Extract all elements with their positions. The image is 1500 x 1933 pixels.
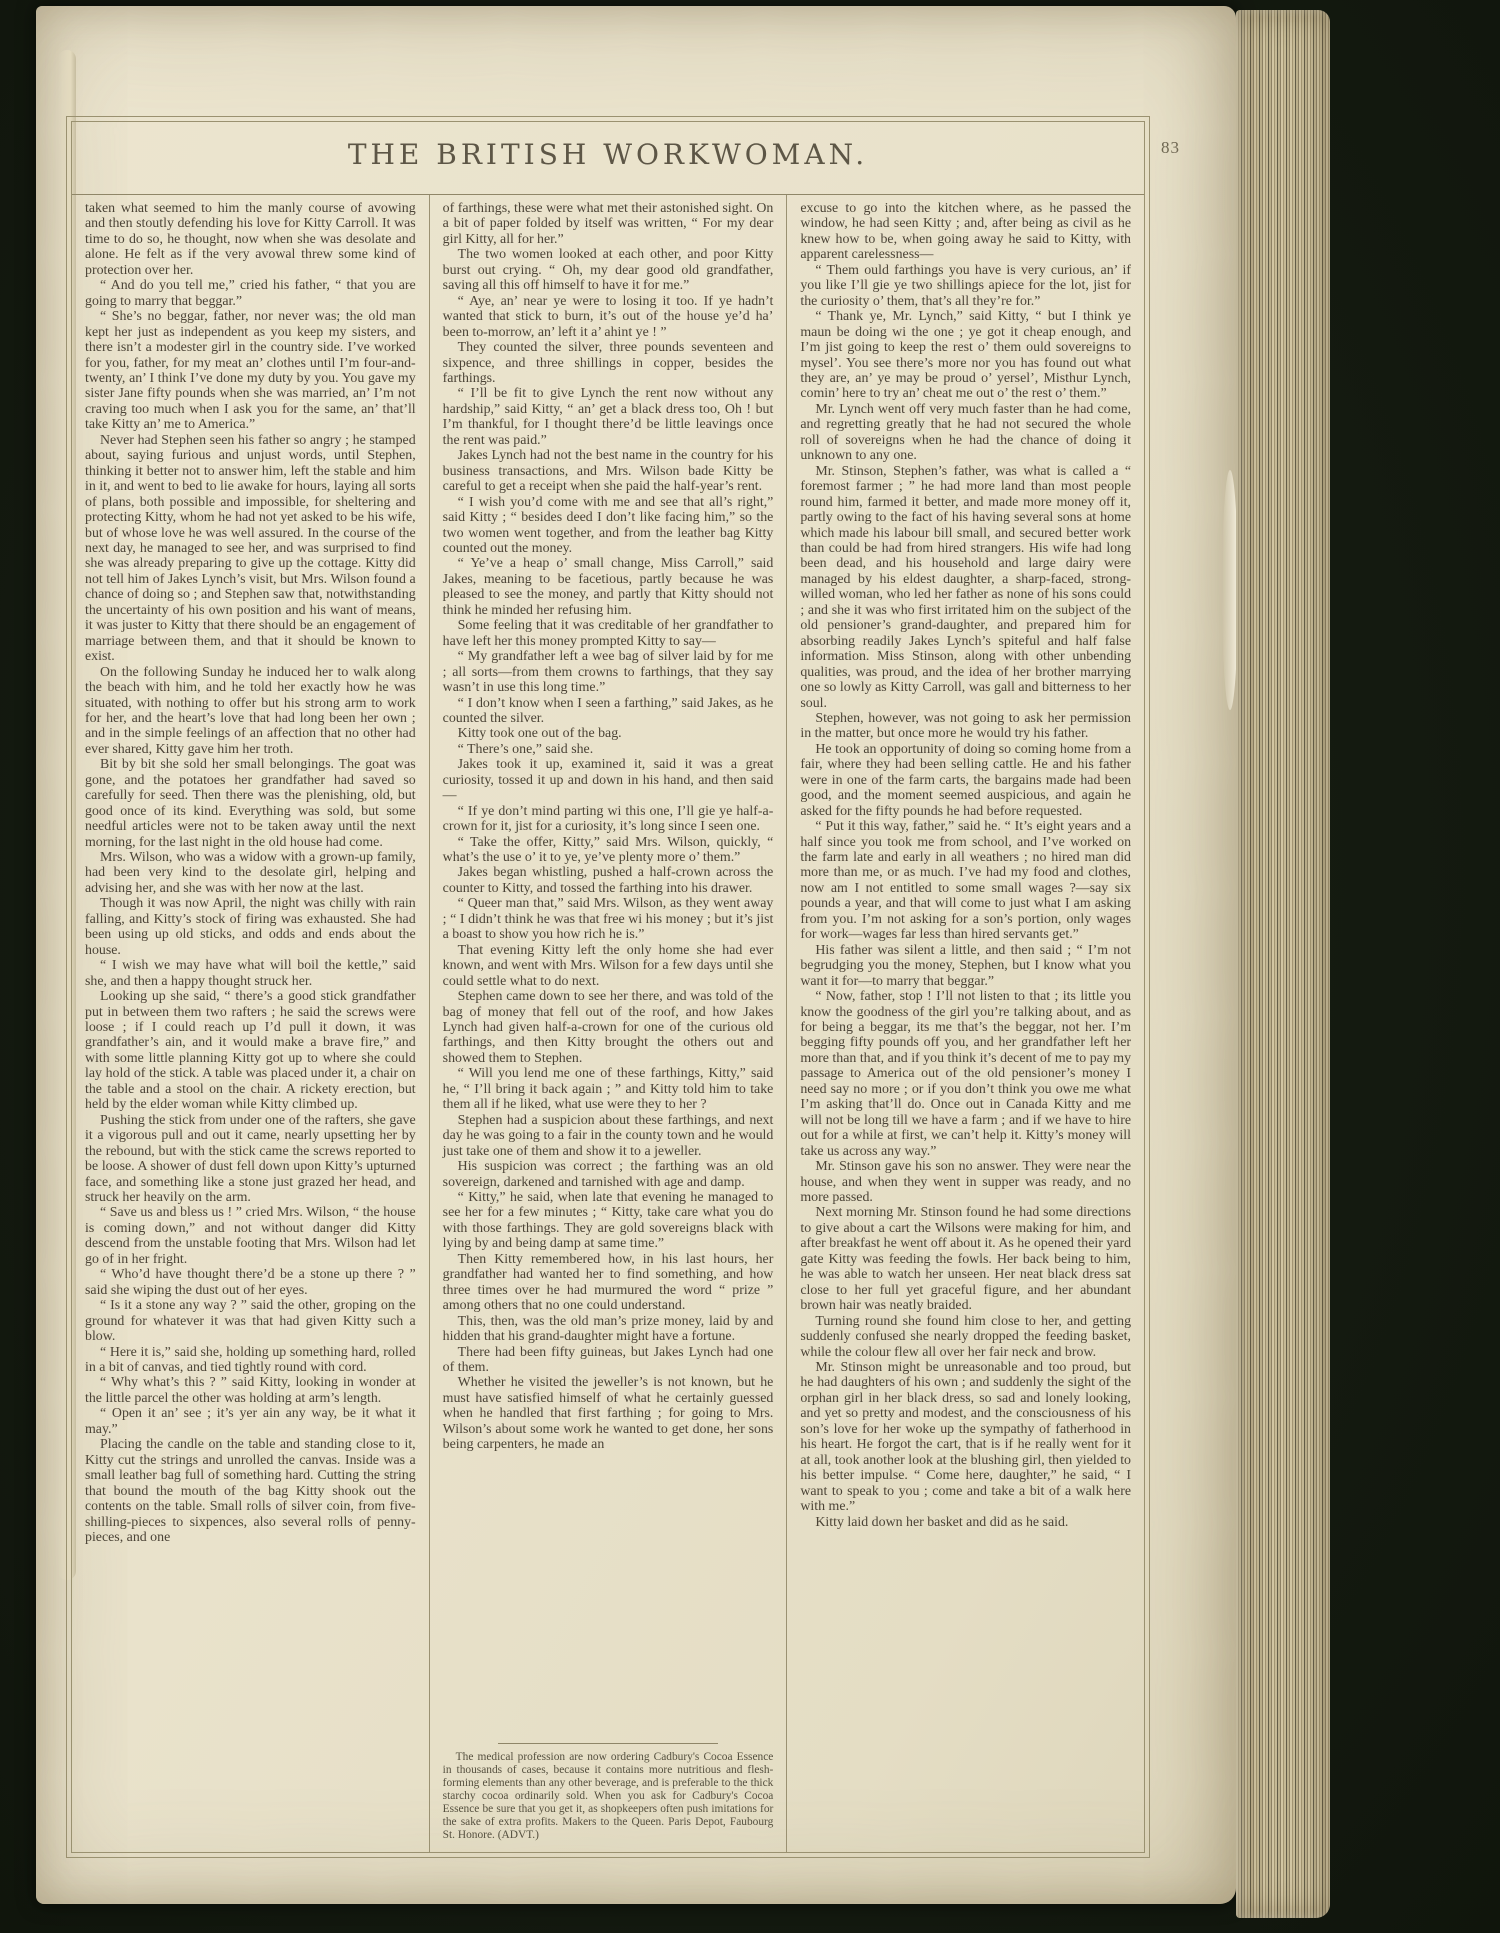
paragraph: “ Put it this way, father,” said he. “ I… <box>800 819 1131 943</box>
paragraph: “ Ye’ve a heap o’ small change, Miss Car… <box>443 556 774 618</box>
column-3-text: excuse to go into the kitchen where, as … <box>800 201 1131 1530</box>
paragraph: That evening Kitty left the only home sh… <box>443 943 774 989</box>
paragraph: Never had Stephen seen his father so ang… <box>85 433 416 665</box>
page-number: 83 <box>1161 138 1180 158</box>
paragraph: Whether he visited the jeweller’s is not… <box>443 1375 774 1452</box>
paragraph: “ Kitty,” he said, when late that evenin… <box>443 1190 774 1252</box>
paragraph: Kitty took one out of the bag. <box>443 726 774 741</box>
paragraph: “ I wish we may have what will boil the … <box>85 958 416 989</box>
paragraph: The two women looked at each other, and … <box>443 247 774 293</box>
paragraph: His suspicion was correct ; the farthing… <box>443 1159 774 1190</box>
column-3: excuse to go into the kitchen where, as … <box>786 195 1144 1852</box>
advertisement-divider <box>498 1743 718 1744</box>
column-1-text: taken what seemed to him the manly cours… <box>85 201 416 1545</box>
paragraph: Bit by bit she sold her small belongings… <box>85 757 416 850</box>
paragraph: Mr. Lynch went off very much faster than… <box>800 402 1131 464</box>
paragraph: There had been fifty guineas, but Jakes … <box>443 1345 774 1376</box>
paragraph: Though it was now April, the night was c… <box>85 896 416 958</box>
paragraph: “ My grandfather left a wee bag of silve… <box>443 649 774 695</box>
paragraph: “ Will you lend me one of these farthing… <box>443 1066 774 1112</box>
paragraph: “ Here it is,” said she, holding up some… <box>85 1345 416 1376</box>
paragraph: “ Now, father, stop ! I’ll not listen to… <box>800 989 1131 1159</box>
paragraph: of farthings, these were what met their … <box>443 201 774 247</box>
paragraph: Looking up she said, “ there’s a good st… <box>85 989 416 1113</box>
paragraph: Stephen had a suspicion about these fart… <box>443 1113 774 1159</box>
paragraph: taken what seemed to him the manly cours… <box>85 201 416 278</box>
book-page: THE BRITISH WORKWOMAN. taken what seemed… <box>36 6 1236 1904</box>
paragraph: Jakes began whistling, pushed a half-cro… <box>443 865 774 896</box>
paragraph: Pushing the stick from under one of the … <box>85 1113 416 1206</box>
paragraph: They counted the silver, three pounds se… <box>443 340 774 386</box>
paragraph: This, then, was the old man’s prize mone… <box>443 1314 774 1345</box>
paragraph: “ If ye don’t mind parting wi this one, … <box>443 804 774 835</box>
page-header: THE BRITISH WORKWOMAN. <box>72 122 1144 194</box>
paragraph: He took an opportunity of doing so comin… <box>800 742 1131 819</box>
article-columns: taken what seemed to him the manly cours… <box>72 194 1144 1852</box>
paragraph: “ Is it a stone any way ? ” said the oth… <box>85 1298 416 1344</box>
paragraph: “ Queer man that,” said Mrs. Wilson, as … <box>443 896 774 942</box>
paragraph: Mrs. Wilson, who was a widow with a grow… <box>85 850 416 896</box>
page-frame-inner: THE BRITISH WORKWOMAN. taken what seemed… <box>71 121 1145 1853</box>
paragraph: excuse to go into the kitchen where, as … <box>800 201 1131 263</box>
paragraph: “ Aye, an’ near ye were to losing it too… <box>443 294 774 340</box>
paragraph: “ Save us and bless us ! ” cried Mrs. Wi… <box>85 1205 416 1267</box>
page-frame-outer: THE BRITISH WORKWOMAN. taken what seemed… <box>66 116 1150 1858</box>
paragraph: Then Kitty remembered how, in his last h… <box>443 1252 774 1314</box>
paragraph: “ Them ould farthings you have is very c… <box>800 263 1131 309</box>
paragraph: Jakes Lynch had not the best name in the… <box>443 448 774 494</box>
page-title: THE BRITISH WORKWOMAN. <box>72 122 1144 171</box>
paragraph: Stephen, however, was not going to ask h… <box>800 711 1131 742</box>
column-2: of farthings, these were what met their … <box>429 195 787 1852</box>
paragraph: “ I wish you’d come with me and see that… <box>443 495 774 557</box>
paragraph: Stephen came down to see her there, and … <box>443 989 774 1066</box>
paragraph: Some feeling that it was creditable of h… <box>443 618 774 649</box>
paragraph: “ And do you tell me,” cried his father,… <box>85 278 416 309</box>
paragraph: Mr. Stinson might be unreasonable and to… <box>800 1360 1131 1515</box>
paragraph: “ Why what’s this ? ” said Kitty, lookin… <box>85 1375 416 1406</box>
paragraph: Mr. Stinson, Stephen’s father, was what … <box>800 464 1131 711</box>
column-2-text: of farthings, these were what met their … <box>443 201 774 1453</box>
column-1: taken what seemed to him the manly cours… <box>72 195 429 1852</box>
paragraph: Kitty laid down her basket and did as he… <box>800 1515 1131 1530</box>
advertisement-text: The medical profession are now ordering … <box>443 1751 774 1844</box>
paragraph: On the following Sunday he induced her t… <box>85 665 416 758</box>
paragraph: “ I’ll be fit to give Lynch the rent now… <box>443 386 774 448</box>
paragraph: “ Who’d have thought there’d be a stone … <box>85 1267 416 1298</box>
paragraph: Turning round she found him close to her… <box>800 1314 1131 1360</box>
book-photo: THE BRITISH WORKWOMAN. taken what seemed… <box>0 0 1500 1933</box>
paragraph: Placing the candle on the table and stan… <box>85 1437 416 1545</box>
paragraph: “ I don’t know when I seen a farthing,” … <box>443 696 774 727</box>
page-stack-edge <box>1236 10 1330 1918</box>
paragraph: “ Open it an’ see ; it’s yer ain any way… <box>85 1406 416 1437</box>
paragraph: Jakes took it up, examined it, said it w… <box>443 757 774 803</box>
paragraph: “ Take the offer, Kitty,” said Mrs. Wils… <box>443 835 774 866</box>
paragraph: Mr. Stinson gave his son no answer. They… <box>800 1159 1131 1205</box>
advertisement-block: The medical profession are now ordering … <box>443 1734 774 1844</box>
paragraph: His father was silent a little, and then… <box>800 943 1131 989</box>
paragraph: Next morning Mr. Stinson found he had so… <box>800 1205 1131 1313</box>
paragraph: “ There’s one,” said she. <box>443 742 774 757</box>
paragraph: “ She’s no beggar, father, nor never was… <box>85 309 416 433</box>
paragraph: “ Thank ye, Mr. Lynch,” said Kitty, “ bu… <box>800 309 1131 402</box>
